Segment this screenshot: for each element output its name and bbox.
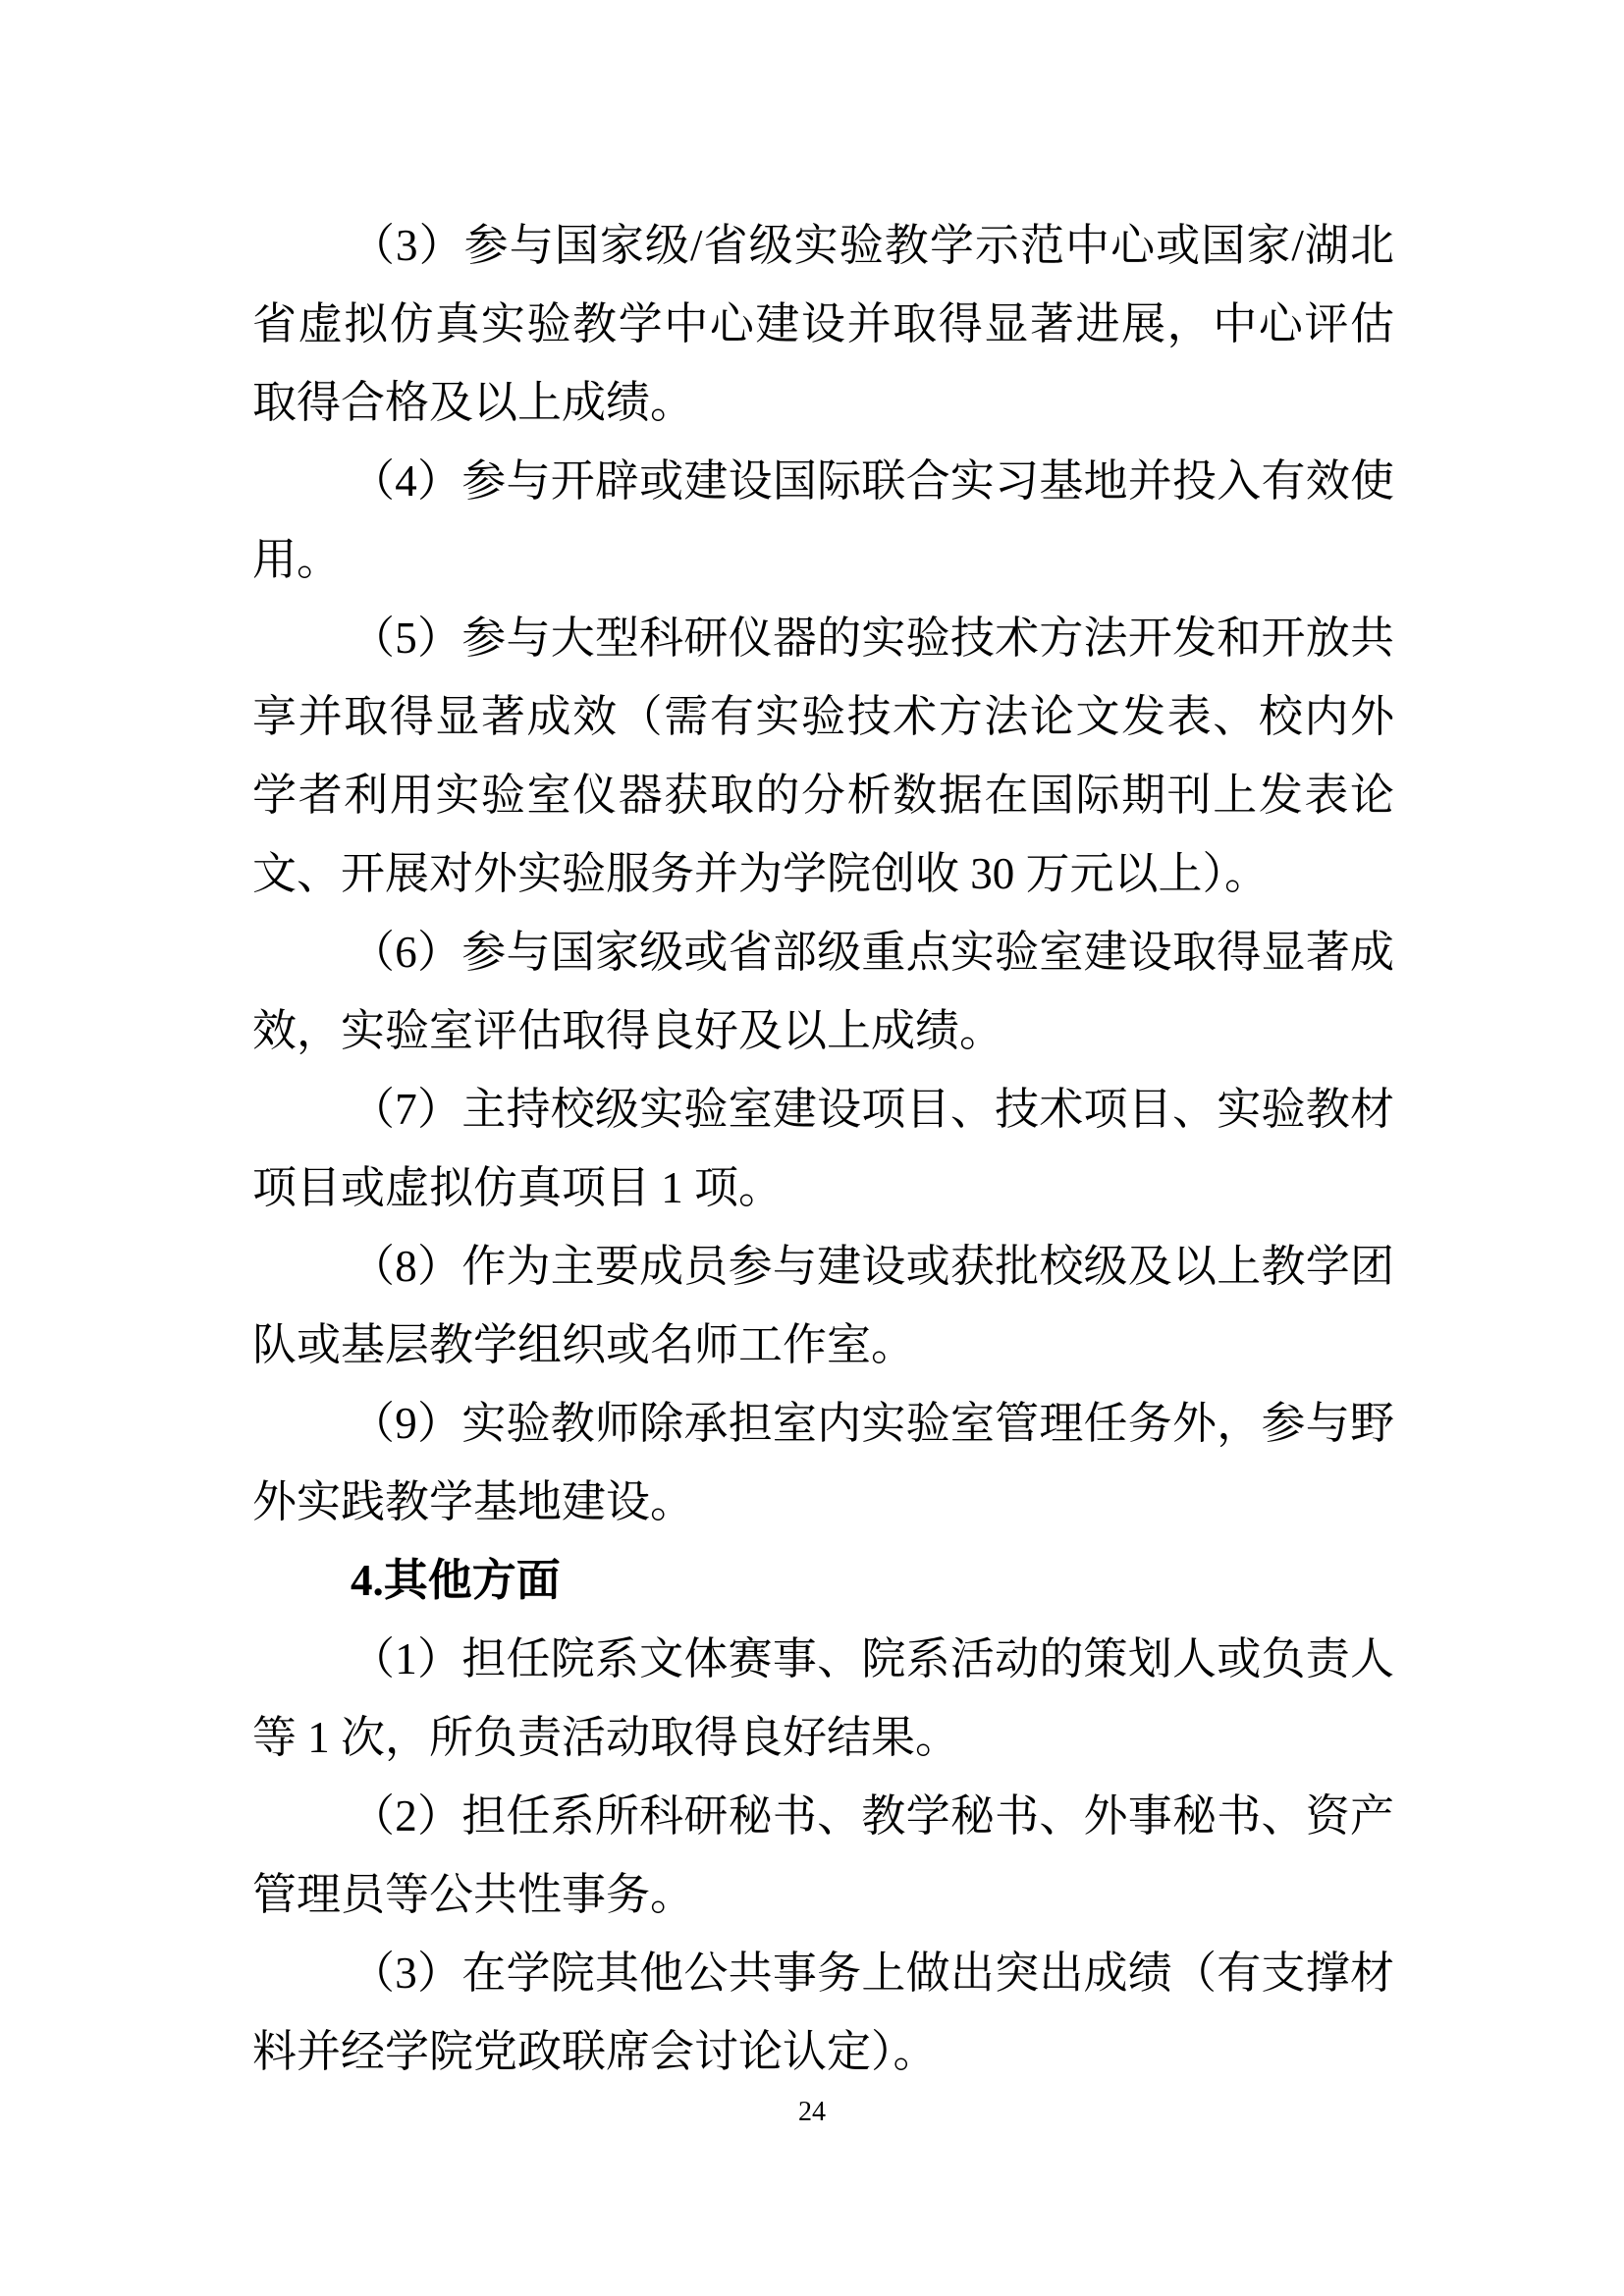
body-paragraph: （1）担任院系文体赛事、院系活动的策划人或负责人等 1 次，所负责活动取得良好结… bbox=[252, 1620, 1394, 1777]
body-paragraph: （5）参与大型科研仪器的实验技术方法开发和开放共享并取得显著成效（需有实验技术方… bbox=[252, 599, 1394, 913]
body-paragraph: （3）参与国家级/省级实验教学示范中心或国家/湖北省虚拟仿真实验教学中心建设并取… bbox=[252, 206, 1394, 442]
body-paragraph: （9）实验教师除承担室内实验室管理任务外，参与野外实践教学基地建设。 bbox=[252, 1384, 1394, 1541]
section-heading: 4.其他方面 bbox=[252, 1541, 1394, 1620]
document-body: （3）参与国家级/省级实验教学示范中心或国家/湖北省虚拟仿真实验教学中心建设并取… bbox=[252, 206, 1394, 2091]
document-page: （3）参与国家级/省级实验教学示范中心或国家/湖北省虚拟仿真实验教学中心建设并取… bbox=[0, 0, 1624, 2296]
body-paragraph: （6）参与国家级或省部级重点实验室建设取得显著成效，实验室评估取得良好及以上成绩… bbox=[252, 913, 1394, 1070]
body-paragraph: （8）作为主要成员参与建设或获批校级及以上教学团队或基层教学组织或名师工作室。 bbox=[252, 1227, 1394, 1384]
body-paragraph: （4）参与开辟或建设国际联合实习基地并投入有效使用。 bbox=[252, 442, 1394, 599]
page-number: 24 bbox=[0, 2097, 1624, 2128]
body-paragraph: （2）担任系所科研秘书、教学秘书、外事秘书、资产管理员等公共性事务。 bbox=[252, 1777, 1394, 1934]
body-paragraph: （7）主持校级实验室建设项目、技术项目、实验教材项目或虚拟仿真项目 1 项。 bbox=[252, 1070, 1394, 1227]
body-paragraph: （3）在学院其他公共事务上做出突出成绩（有支撑材料并经学院党政联席会讨论认定）。 bbox=[252, 1934, 1394, 2091]
